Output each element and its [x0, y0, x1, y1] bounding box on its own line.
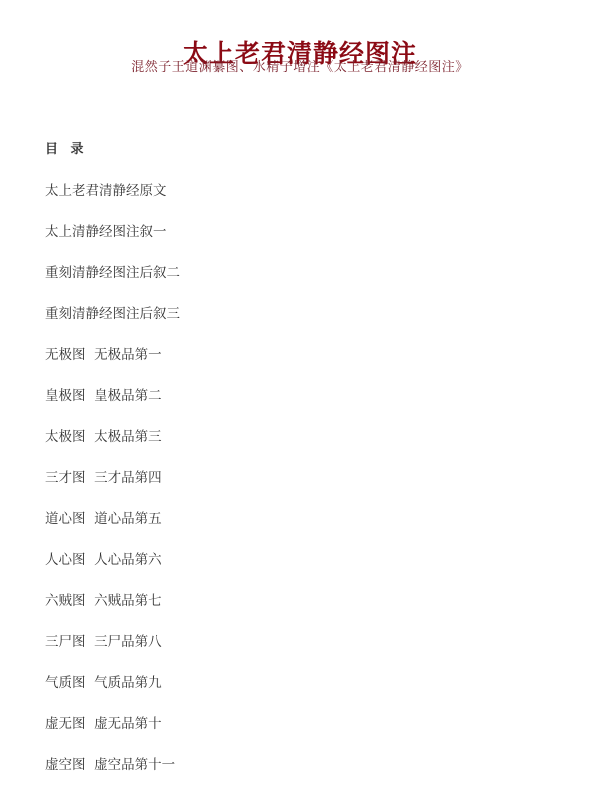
toc-item-postscript-2[interactable]: 重刻清静经图注后叙二: [45, 261, 565, 285]
toc-list: 太上老君清静经原文 太上清静经图注叙一 重刻清静经图注后叙二 重刻清静经图注后叙…: [45, 179, 565, 777]
toc-item-original-text[interactable]: 太上老君清静经原文: [45, 179, 565, 203]
toc-item-chapter-2[interactable]: 皇极图 皇极品第二: [45, 384, 565, 408]
toc-heading: 目 录: [45, 138, 565, 162]
toc-item-postscript-3[interactable]: 重刻清静经图注后叙三: [45, 302, 565, 326]
toc-item-chapter-3[interactable]: 太极图 太极品第三: [45, 425, 565, 449]
toc-item-chapter-1[interactable]: 无极图 无极品第一: [45, 343, 565, 367]
toc-item-chapter-4[interactable]: 三才图 三才品第四: [45, 466, 565, 490]
toc-item-chapter-8[interactable]: 三尸图 三尸品第八: [45, 630, 565, 654]
toc-item-chapter-6[interactable]: 人心图 人心品第六: [45, 548, 565, 572]
document-subtitle: 混然子王道渊纂图、水精子增注《太上老君清静经图注》: [0, 58, 600, 78]
toc-item-chapter-10[interactable]: 虚无图 虚无品第十: [45, 712, 565, 736]
toc-item-chapter-9[interactable]: 气质图 气质品第九: [45, 671, 565, 695]
toc-item-chapter-7[interactable]: 六贼图 六贼品第七: [45, 589, 565, 613]
toc-item-preface-1[interactable]: 太上清静经图注叙一: [45, 220, 565, 244]
toc-item-chapter-5[interactable]: 道心图 道心品第五: [45, 507, 565, 531]
toc-item-chapter-11[interactable]: 虚空图 虚空品第十一: [45, 753, 565, 777]
table-of-contents: 目 录 太上老君清静经原文 太上清静经图注叙一 重刻清静经图注后叙二 重刻清静经…: [45, 138, 565, 794]
